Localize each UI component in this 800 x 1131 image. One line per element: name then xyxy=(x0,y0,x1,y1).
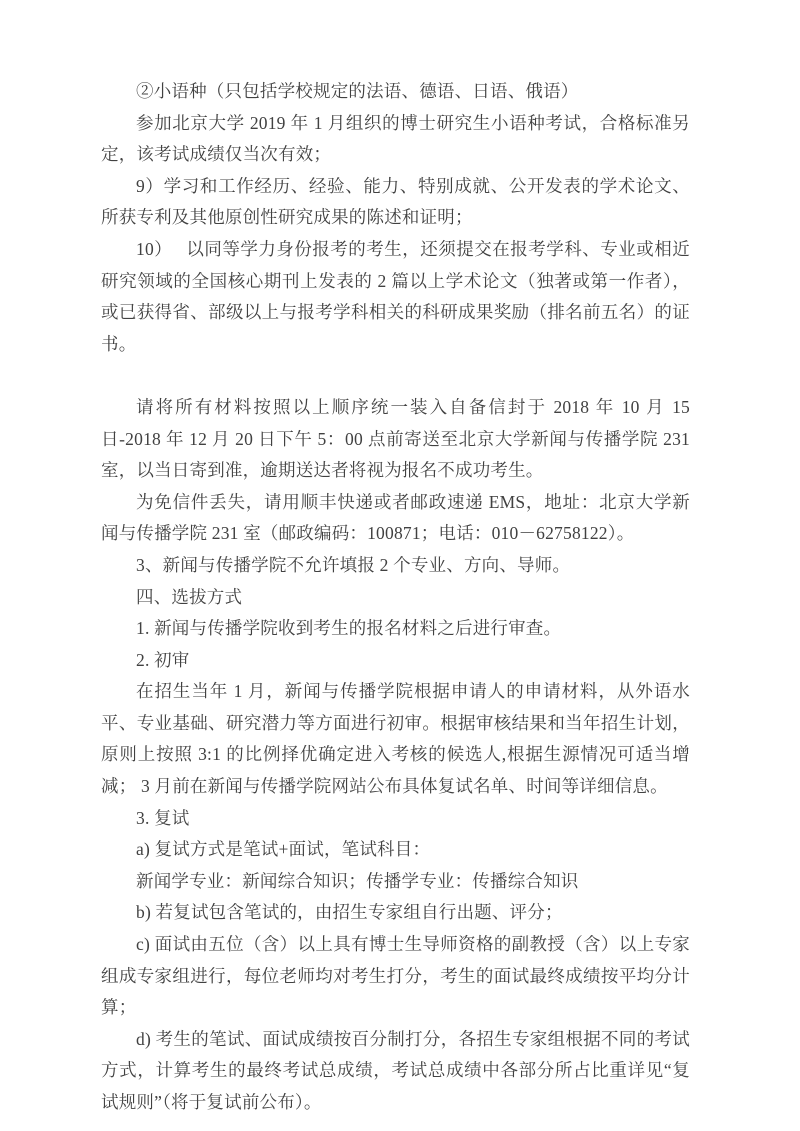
document-page: ②小语种（只包括学校规定的法语、德语、日语、俄语）参加北京大学 2019 年 1… xyxy=(0,0,800,1131)
paragraph: 在招生当年 1 月，新闻与传播学院根据申请人的申请材料，从外语水平、专业基础、研… xyxy=(101,676,690,802)
blank-line xyxy=(101,360,690,392)
paragraph: c) 面试由五位（含）以上具有博士生导师资格的副教授（含）以上专家组成专家组进行… xyxy=(101,929,690,1024)
paragraph: 为免信件丢失，请用顺丰快递或者邮政速递 EMS，地址：北京大学新闻与传播学院 2… xyxy=(101,487,690,550)
paragraph: 参加北京大学 2019 年 1 月组织的博士研究生小语种考试，合格标准另定，该考… xyxy=(101,108,690,171)
paragraph: d) 考生的笔试、面试成绩按百分制打分，各招生专家组根据不同的考试方式，计算考生… xyxy=(101,1024,690,1119)
paragraph: 9）学习和工作经历、经验、能力、特别成就、公开发表的学术论文、所获专利及其他原创… xyxy=(101,171,690,234)
paragraph: a) 复试方式是笔试+面试，笔试科目： xyxy=(101,834,690,866)
paragraph: b) 若复试包含笔试的，由招生专家组自行出题、评分； xyxy=(101,897,690,929)
paragraph: 1. 新闻与传播学院收到考生的报名材料之后进行审查。 xyxy=(101,613,690,645)
paragraph: 四、选拔方式 xyxy=(101,582,690,614)
paragraph: ②小语种（只包括学校规定的法语、德语、日语、俄语） xyxy=(101,76,690,108)
paragraph: 3、新闻与传播学院不允许填报 2 个专业、方向、导师。 xyxy=(101,550,690,582)
document-body: ②小语种（只包括学校规定的法语、德语、日语、俄语）参加北京大学 2019 年 1… xyxy=(101,76,690,1119)
paragraph: 3. 复试 xyxy=(101,803,690,835)
paragraph: 2. 初审 xyxy=(101,645,690,677)
paragraph: 请将所有材料按照以上顺序统一装入自备信封于 2018 年 10 月 15 日-2… xyxy=(101,392,690,487)
paragraph: 新闻学专业：新闻综合知识；传播学专业：传播综合知识 xyxy=(101,866,690,898)
paragraph: 10） 以同等学力身份报考的考生，还须提交在报考学科、专业或相近研究领域的全国核… xyxy=(101,234,690,360)
